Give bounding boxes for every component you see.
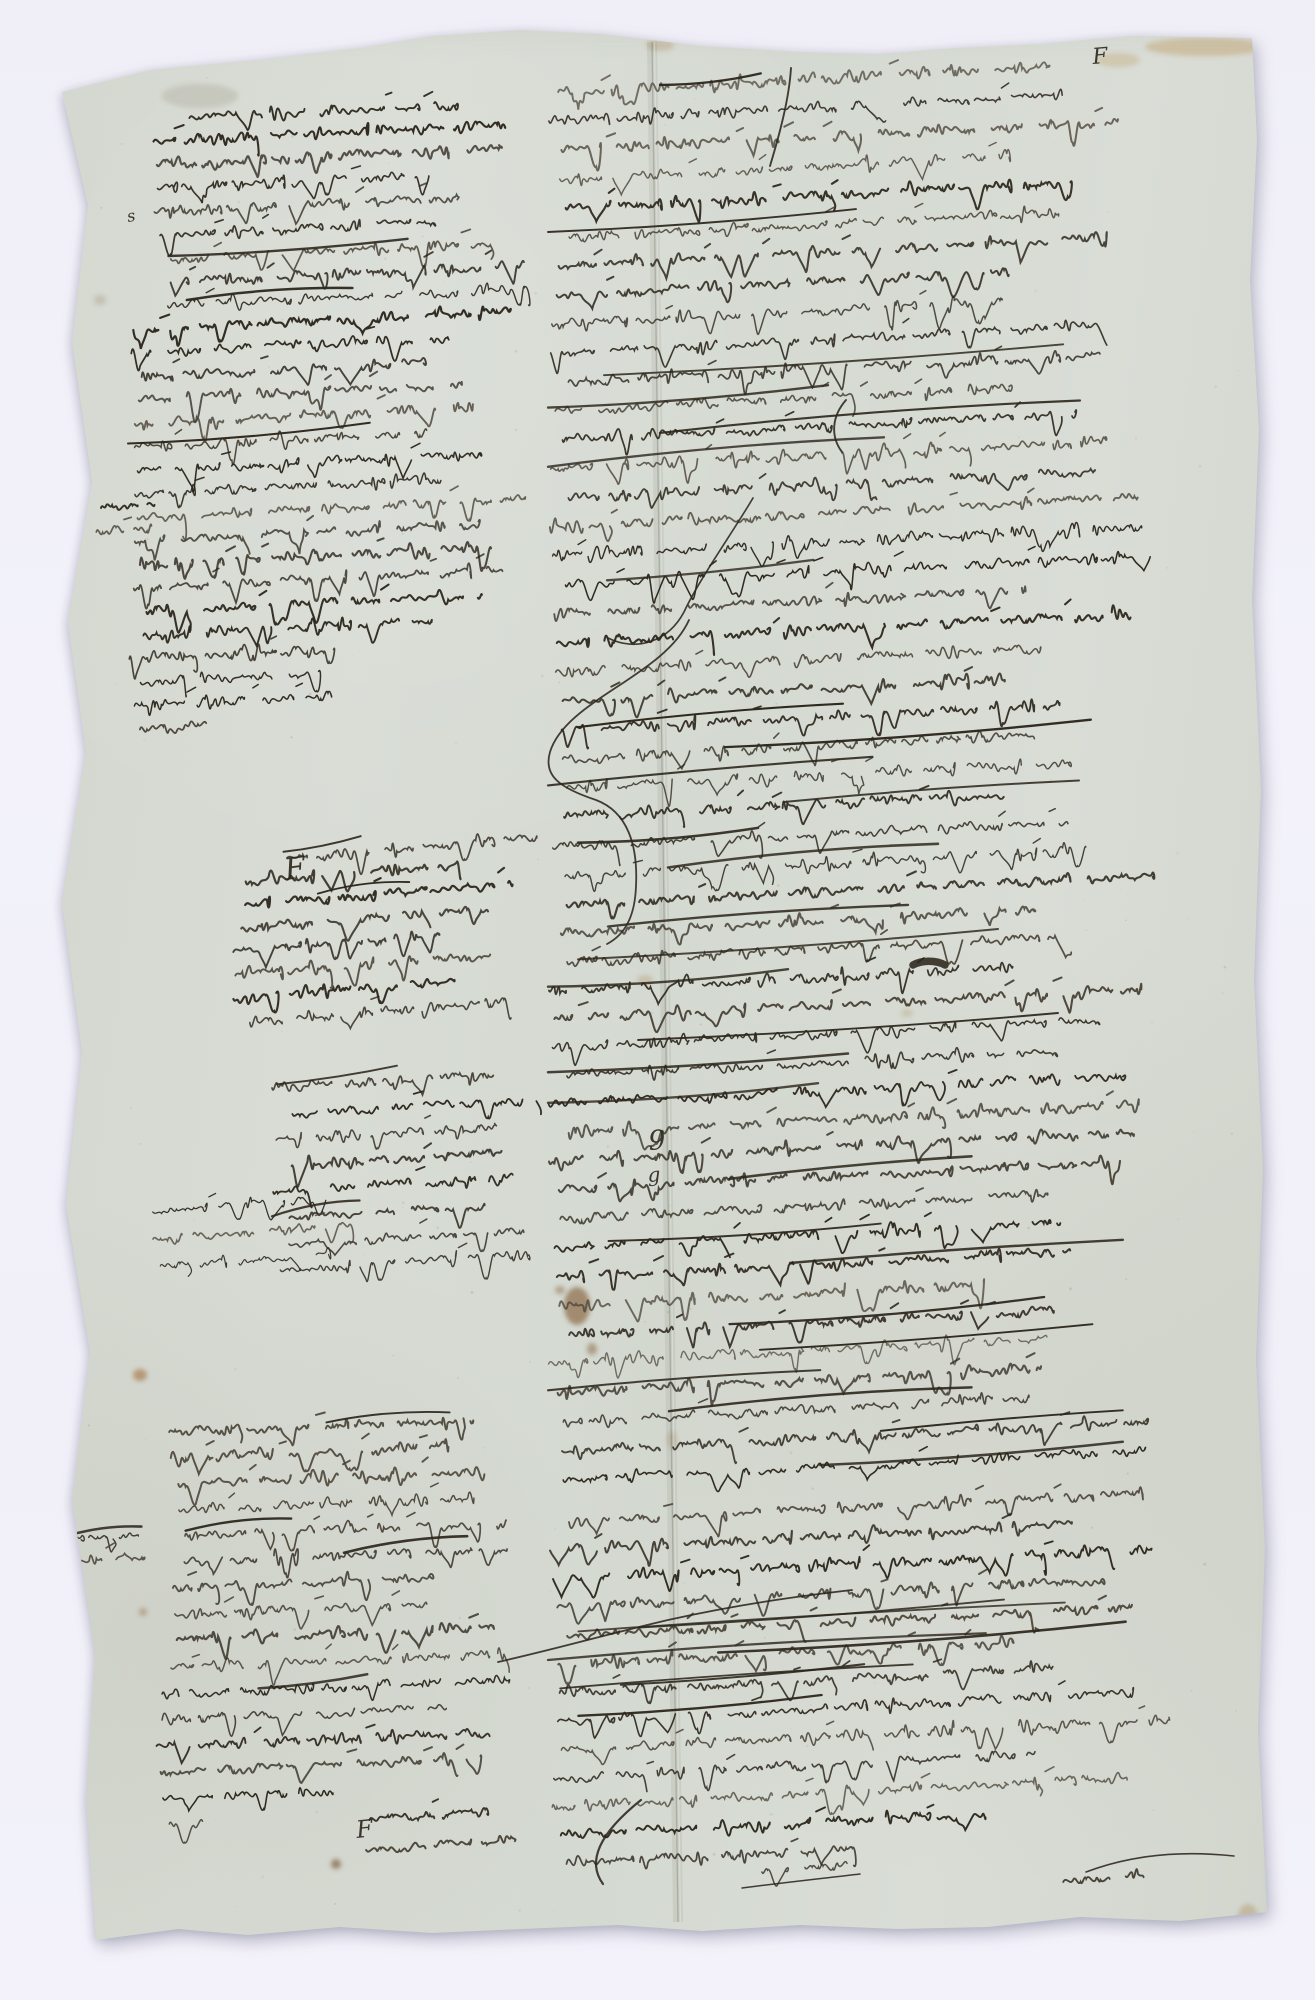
handwriting-line <box>133 307 510 349</box>
strikethrough-stroke <box>548 1370 820 1390</box>
speckle <box>215 1819 216 1820</box>
handwriting-line <box>169 1820 202 1843</box>
strikethrough-stroke <box>578 1695 821 1716</box>
handwriting-line <box>154 122 506 156</box>
handwriting-line <box>557 600 1131 655</box>
strikethrough-stroke <box>548 969 788 987</box>
speckle <box>806 1745 809 1748</box>
speckle <box>667 1311 669 1313</box>
speckle <box>864 834 866 836</box>
speckle <box>281 1031 282 1032</box>
handwriting-line <box>157 1725 490 1763</box>
speckle <box>238 201 241 204</box>
speckle <box>777 884 780 887</box>
ink-flourish <box>498 1590 852 1662</box>
speckle <box>841 515 842 516</box>
speckle <box>642 518 644 520</box>
handwriting-line <box>552 1767 1127 1815</box>
speckle <box>537 859 539 861</box>
speckle <box>812 1487 814 1489</box>
strikethrough-stroke <box>608 905 908 927</box>
speckle <box>878 1188 879 1189</box>
handwriting-line <box>177 1614 494 1659</box>
stain <box>667 1431 677 1449</box>
speckle <box>833 107 835 109</box>
handwriting-line <box>134 554 503 608</box>
speckle <box>1002 1513 1003 1514</box>
speckle <box>695 98 696 99</box>
handwriting-ink-layer: FF9gFs <box>0 0 1315 2000</box>
strikethrough-stroke <box>660 401 1080 433</box>
speckle <box>812 636 814 638</box>
speckle <box>870 1341 873 1344</box>
handwriting-line <box>276 1116 496 1150</box>
handwriting-line <box>561 1805 986 1838</box>
handwriting-line <box>552 1018 1099 1065</box>
speckle <box>100 207 102 209</box>
handwriting-line <box>557 268 1009 308</box>
stain <box>1238 1904 1258 1932</box>
speckle <box>1127 1472 1129 1474</box>
handwriting-line <box>565 839 1086 892</box>
handwriting-line <box>558 1681 1134 1738</box>
speckle <box>775 703 777 705</box>
strikethrough-stroke <box>638 1013 1058 1040</box>
speckle <box>309 692 312 695</box>
handwriting-line <box>563 731 1035 768</box>
speckle <box>392 1355 393 1356</box>
speckle <box>1050 779 1052 781</box>
margin-mark: s <box>125 206 136 226</box>
speckle <box>315 1810 318 1813</box>
speckle <box>461 1625 462 1626</box>
speckle <box>1086 930 1087 931</box>
speckle <box>762 815 764 817</box>
handwriting-line <box>135 473 441 508</box>
speckle <box>293 1628 296 1631</box>
speckle <box>388 163 389 164</box>
speckle <box>554 371 555 372</box>
handwriting-line <box>178 1457 484 1505</box>
handwriting-line <box>96 517 151 534</box>
handwriting-line <box>549 1130 1134 1174</box>
speckle <box>790 1728 791 1729</box>
speckle <box>664 123 666 125</box>
ink-flourish <box>596 1800 641 1884</box>
speckle <box>417 562 419 564</box>
speckle <box>279 112 282 115</box>
speckle <box>951 1074 953 1076</box>
speckle <box>291 136 293 138</box>
speckle <box>318 1486 319 1487</box>
stain <box>1145 38 1265 56</box>
speckle <box>884 688 887 691</box>
strikethrough-stroke <box>187 288 353 300</box>
handwriting-line <box>553 1541 1152 1597</box>
speckle <box>1125 919 1127 921</box>
speckle <box>1125 1278 1127 1280</box>
speckle <box>459 1617 461 1619</box>
ink-flourish <box>608 498 753 644</box>
handwriting-line <box>287 834 537 874</box>
speckle <box>87 1748 88 1749</box>
handwriting-line <box>560 1188 1047 1224</box>
speckle <box>579 986 580 987</box>
handwriting-line <box>558 60 1049 110</box>
strikethrough-stroke <box>186 1518 292 1530</box>
speckle <box>1034 289 1037 292</box>
handwriting-line <box>153 1193 326 1219</box>
handwriting-line <box>135 429 427 465</box>
strikethrough-stroke <box>259 1674 368 1688</box>
speckle <box>236 1906 237 1907</box>
speckle <box>692 378 693 379</box>
handwriting-line <box>163 1788 333 1811</box>
strikethrough-stroke <box>604 344 1063 375</box>
speckle <box>670 1205 672 1207</box>
handwriting-line <box>140 538 491 578</box>
speckle <box>455 742 457 744</box>
speckle <box>416 871 418 873</box>
handwriting-line <box>560 1659 1053 1703</box>
speckle <box>471 1291 474 1294</box>
strikethrough-stroke <box>621 1664 864 1685</box>
handwriting-line <box>569 1091 1139 1149</box>
speckle <box>140 1143 142 1145</box>
speckle <box>737 1068 739 1070</box>
speckle <box>938 1651 940 1653</box>
strikethrough-stroke <box>578 929 998 959</box>
speckle <box>846 1173 848 1175</box>
margin-mark: 9 <box>647 1125 666 1157</box>
speckle <box>1230 1132 1233 1135</box>
speckle <box>121 143 123 145</box>
speckle <box>1224 966 1227 969</box>
handwriting-line <box>551 433 1107 485</box>
handwriting-line <box>101 503 155 510</box>
speckle <box>550 1590 552 1592</box>
handwriting-line <box>138 443 482 491</box>
speckle <box>1137 48 1138 49</box>
handwriting-line <box>554 583 1025 621</box>
stain <box>94 295 106 305</box>
stain <box>555 1286 565 1294</box>
speckle <box>1091 1527 1093 1529</box>
speckle <box>1235 1710 1237 1712</box>
speckle <box>194 1219 195 1220</box>
speckle <box>146 538 148 540</box>
handwriting-line <box>139 372 462 423</box>
handwriting-line <box>289 1204 484 1228</box>
stain <box>646 39 674 51</box>
handwriting-line <box>563 667 1005 717</box>
manuscript-page: FF9gFs <box>0 0 1315 2000</box>
handwriting-line <box>567 872 1155 919</box>
speckle <box>1153 1809 1155 1811</box>
handwriting-line <box>142 356 426 385</box>
speckle <box>976 48 977 49</box>
handwriting-line <box>1063 1869 1143 1883</box>
speckle <box>1069 1287 1072 1290</box>
speckle <box>832 864 833 865</box>
handwriting-line <box>553 522 1142 566</box>
speckle <box>402 1201 405 1204</box>
speckle <box>1108 212 1109 213</box>
speckle <box>880 1763 881 1764</box>
strikethrough-stroke <box>326 1412 449 1423</box>
speckle <box>764 1637 766 1639</box>
speckle <box>713 1853 716 1856</box>
handwriting-line <box>558 1353 1041 1405</box>
handwriting-line <box>569 1484 1143 1536</box>
speckle <box>904 1354 905 1355</box>
handwriting-line <box>292 1091 541 1118</box>
handwriting-line <box>189 92 458 130</box>
speckle <box>515 350 518 353</box>
stain <box>162 84 238 108</box>
handwriting-line <box>561 904 1035 945</box>
speckle <box>1018 436 1020 438</box>
speckle <box>250 1810 251 1811</box>
speckle <box>206 77 208 79</box>
speckle <box>800 746 802 748</box>
ink-flourish <box>742 1874 860 1888</box>
speckle <box>1176 852 1179 855</box>
speckle <box>623 1456 624 1457</box>
speckle <box>913 1015 914 1016</box>
handwriting-line <box>162 1675 509 1700</box>
fold-crease-line <box>652 42 678 1922</box>
speckle <box>649 1680 651 1682</box>
speckle <box>1151 1021 1153 1023</box>
handwriting-line <box>171 251 524 296</box>
handwriting-line <box>366 1836 515 1852</box>
strikethrough-stroke <box>639 1600 1004 1628</box>
strikethrough-stroke <box>578 828 758 843</box>
strikethrough-stroke <box>669 1387 972 1411</box>
handwriting-line <box>557 1569 1104 1624</box>
strikethrough-stroke <box>820 1442 1123 1465</box>
handwriting-line <box>129 636 334 679</box>
handwriting-line <box>280 1243 530 1281</box>
stain <box>331 1859 341 1869</box>
strikethrough-stroke <box>760 1324 1093 1350</box>
strikethrough-stroke <box>168 239 407 256</box>
speckle <box>1083 899 1084 900</box>
handwriting-line <box>162 1705 446 1737</box>
handwriting-line <box>185 1513 506 1551</box>
speckle <box>384 257 387 260</box>
speckle <box>334 1903 336 1905</box>
speckle <box>836 1174 839 1177</box>
speckle <box>1215 385 1217 387</box>
speckle <box>646 1153 647 1154</box>
speckle <box>1237 370 1239 372</box>
speckle <box>651 1012 653 1014</box>
handwriting-line <box>154 183 459 224</box>
handwriting-line <box>233 932 439 968</box>
speckle <box>1188 918 1189 919</box>
handwriting-line <box>153 1213 353 1244</box>
speckle <box>411 1843 413 1845</box>
handwriting-line <box>175 1591 427 1629</box>
strikethrough-stroke <box>560 1664 913 1688</box>
speckle <box>88 1424 90 1426</box>
handwriting-line <box>567 1596 1132 1642</box>
handwriting-line <box>550 488 1138 541</box>
handwriting-line <box>559 1156 1120 1202</box>
handwriting-line <box>569 1300 1054 1347</box>
handwriting-line <box>558 1630 1013 1684</box>
handwriting-line <box>179 1483 474 1515</box>
margin-mark: F <box>1090 44 1109 70</box>
speckle <box>483 1447 484 1448</box>
strikethrough-stroke <box>548 757 873 786</box>
handwriting-line <box>563 402 1077 455</box>
handwriting-line <box>556 645 1041 677</box>
speckle <box>1177 1219 1179 1221</box>
speckle <box>731 1872 732 1873</box>
speckle <box>268 1270 270 1272</box>
strikethrough-stroke <box>730 1156 972 1179</box>
speckle <box>1120 888 1121 889</box>
speckle <box>502 881 503 882</box>
speckle <box>116 683 117 684</box>
ink-flourish <box>913 961 945 965</box>
handwriting-line <box>564 786 1004 827</box>
handwriting-line <box>369 1799 488 1821</box>
speckle <box>528 1687 530 1689</box>
ink-flourish <box>548 620 689 944</box>
handwriting-line <box>169 1413 473 1446</box>
handwriting-line <box>566 547 1151 603</box>
speckle <box>554 1527 556 1529</box>
speckle <box>191 273 193 275</box>
speckle <box>470 1161 472 1163</box>
speckle <box>828 1533 830 1535</box>
handwriting-line <box>566 180 1072 222</box>
speckle <box>97 1371 98 1372</box>
strikethrough-stroke <box>128 423 370 444</box>
strikethrough-stroke <box>730 1297 1045 1324</box>
speckle <box>607 1145 609 1147</box>
handwriting-line <box>289 1219 524 1255</box>
speckle <box>553 1910 554 1911</box>
speckle <box>1027 1227 1030 1230</box>
handwriting-line <box>173 1572 434 1605</box>
speckle <box>874 1682 875 1683</box>
handwriting-line <box>567 758 1071 807</box>
fold-crease-highlight <box>655 42 681 1922</box>
speckle <box>130 1107 132 1109</box>
speckle <box>761 1643 763 1645</box>
speckle <box>690 1308 692 1310</box>
stain <box>1096 53 1140 67</box>
strikethrough-stroke <box>784 781 1079 803</box>
speckle <box>523 658 524 659</box>
handwriting-line <box>161 1745 482 1783</box>
handwriting-line <box>555 1213 1061 1258</box>
handwriting-line <box>567 1839 856 1869</box>
strikethrough-stroke <box>881 1410 1123 1431</box>
speckle <box>674 935 676 937</box>
speckle <box>315 1015 317 1017</box>
handwriting-line <box>140 671 320 697</box>
strikethrough-stroke <box>578 704 844 728</box>
handwriting-line <box>168 283 530 310</box>
fold-crease-band <box>652 42 678 1922</box>
ink-flourish <box>1086 1854 1234 1872</box>
handwriting-line <box>292 1143 502 1186</box>
handwriting-line <box>762 1862 847 1886</box>
speckle <box>409 595 410 596</box>
speckle <box>144 1439 146 1441</box>
handwriting-line <box>171 1434 449 1474</box>
speckle <box>946 621 947 622</box>
ink-flourish <box>834 400 846 452</box>
speckle <box>644 1321 646 1323</box>
speckle <box>906 1752 909 1755</box>
speckle <box>262 213 265 216</box>
handwriting-line <box>143 618 431 646</box>
speckle <box>665 547 667 549</box>
handwriting-line <box>246 862 461 892</box>
strikethrough-stroke <box>65 1526 142 1536</box>
speckle <box>1166 567 1168 569</box>
handwriting-line <box>559 232 1107 278</box>
handwriting-line <box>158 166 429 203</box>
paper-speckles <box>87 48 1239 1912</box>
handwriting-line <box>568 346 1100 394</box>
speckle <box>402 533 404 535</box>
handwriting-line <box>554 1751 1035 1791</box>
speckle <box>443 281 445 283</box>
strikethrough-stroke <box>668 844 938 868</box>
speckle <box>790 1451 793 1454</box>
speckle <box>1093 1694 1094 1695</box>
handwriting-line <box>552 291 1002 335</box>
speckle <box>734 223 737 226</box>
speckle <box>515 429 518 432</box>
speckle <box>1193 1131 1194 1132</box>
strikethrough-stroke <box>578 1603 1064 1632</box>
speckle <box>257 1668 259 1670</box>
speckle <box>1203 1563 1206 1566</box>
speckle <box>518 1909 520 1911</box>
speckle <box>261 1875 264 1878</box>
speckle <box>654 1188 656 1190</box>
handwriting-line <box>550 1514 1072 1566</box>
speckle <box>834 573 835 574</box>
strikethrough-stroke <box>548 385 828 407</box>
speckle <box>1135 437 1137 439</box>
speckle <box>892 302 894 304</box>
speckle <box>1146 483 1147 484</box>
speckle <box>857 460 858 461</box>
strikethrough-stroke <box>607 560 814 580</box>
speckle <box>810 1704 812 1706</box>
handwriting-line <box>563 1447 1145 1492</box>
speckle <box>700 1023 702 1025</box>
speckle <box>143 740 144 741</box>
handwriting-line <box>555 379 1012 416</box>
speckle <box>944 148 945 149</box>
handwriting-line <box>135 516 480 560</box>
speckle <box>684 1583 685 1584</box>
handwriting-line <box>55 1533 138 1552</box>
handwriting-line <box>569 204 1059 242</box>
handwriting-line <box>137 486 525 539</box>
